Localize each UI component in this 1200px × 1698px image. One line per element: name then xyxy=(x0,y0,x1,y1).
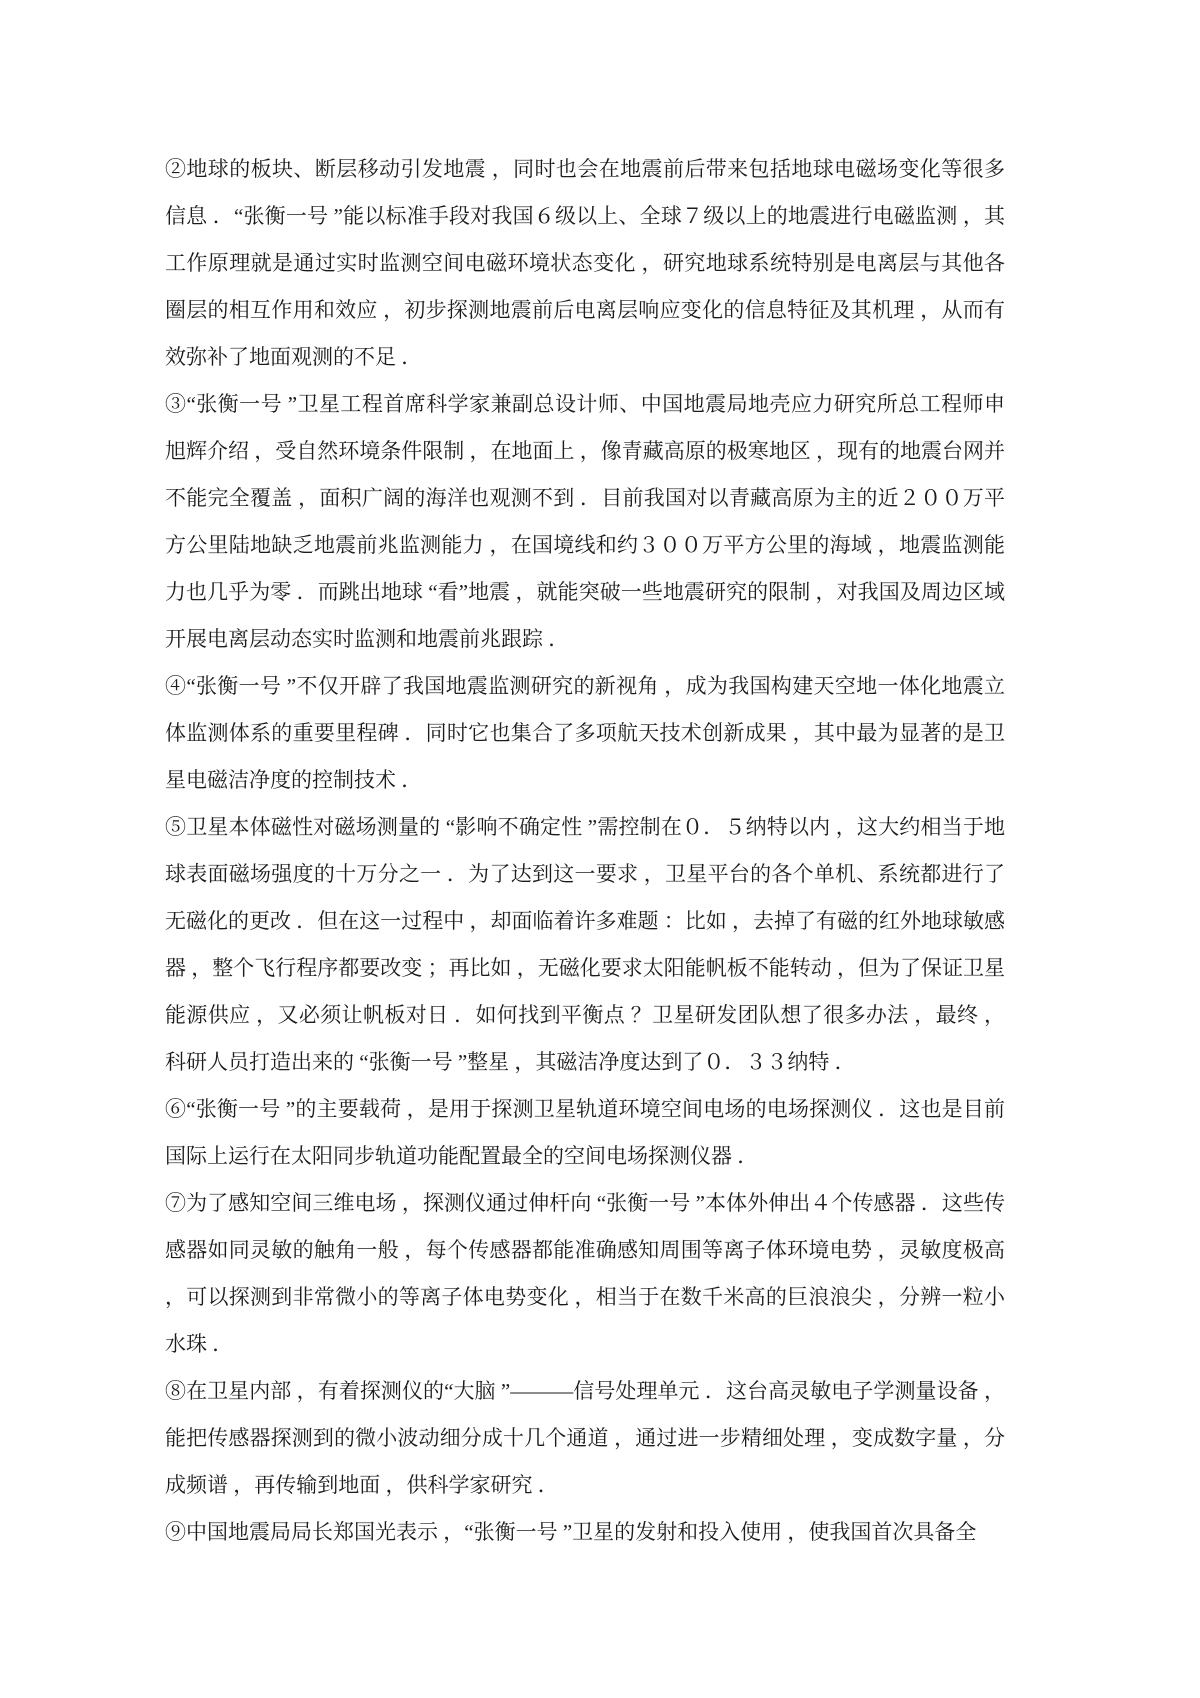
paragraph-9-marker: ⑨ xyxy=(165,1520,186,1544)
paragraph-4: ④“张衡一号 ”不仅开辟了我国地震监测研究的新视角 ，成为我国构建天空地一体化地… xyxy=(165,663,1005,804)
paragraph-7-marker: ⑦ xyxy=(165,1191,186,1215)
paragraph-2-marker: ② xyxy=(165,157,186,181)
paragraph-5-marker: ⑤ xyxy=(165,815,186,839)
paragraph-4-marker: ④ xyxy=(165,674,186,698)
paragraph-6-marker: ⑥ xyxy=(165,1097,186,1121)
paragraph-3-marker: ③ xyxy=(165,392,186,416)
paragraph-7: ⑦为了感知空间三维电场 ，探测仪通过伸杆向 “张衡一号 ”本体外伸出４个传感器 … xyxy=(165,1180,1005,1368)
paragraph-5-text: 卫星本体磁性对磁场测量的 “影响不确定性 ”需控制在０．５纳特以内 ，这大约相当… xyxy=(165,815,1005,1074)
paragraph-8-text: 在卫星内部 ，有着探测仪的“大脑 ”———信号处理单元 ．这台高灵敏电子学测量设… xyxy=(165,1379,1005,1497)
paragraph-4-text: “张衡一号 ”不仅开辟了我国地震监测研究的新视角 ，成为我国构建天空地一体化地震… xyxy=(165,674,1005,792)
paragraph-7-text: 为了感知空间三维电场 ，探测仪通过伸杆向 “张衡一号 ”本体外伸出４个传感器 ．… xyxy=(165,1191,1005,1356)
paragraph-8: ⑧在卫星内部 ，有着探测仪的“大脑 ”———信号处理单元 ．这台高灵敏电子学测量… xyxy=(165,1368,1005,1509)
paragraph-9-text: 中国地震局局长郑国光表示 ，“张衡一号 ”卫星的发射和投入使用 ，使我国首次具备… xyxy=(186,1520,976,1544)
paragraph-6: ⑥“张衡一号 ”的主要载荷 ，是用于探测卫星轨道环境空间电场的电场探测仪 ．这也… xyxy=(165,1086,1005,1180)
paragraph-3-text: “张衡一号 ”卫星工程首席科学家兼副总设计师、中国地震局地壳应力研究所总工程师申… xyxy=(165,392,1005,651)
document-page: ②地球的板块、断层移动引发地震 ，同时也会在地震前后带来包括地球电磁场变化等很多… xyxy=(0,0,1200,1698)
paragraph-8-marker: ⑧ xyxy=(165,1379,186,1403)
paragraph-5: ⑤卫星本体磁性对磁场测量的 “影响不确定性 ”需控制在０．５纳特以内 ，这大约相… xyxy=(165,804,1005,1086)
paragraph-6-text: “张衡一号 ”的主要载荷 ，是用于探测卫星轨道环境空间电场的电场探测仪 ．这也是… xyxy=(165,1097,1005,1168)
paragraph-2: ②地球的板块、断层移动引发地震 ，同时也会在地震前后带来包括地球电磁场变化等很多… xyxy=(165,146,1005,381)
paragraph-9: ⑨中国地震局局长郑国光表示 ，“张衡一号 ”卫星的发射和投入使用 ，使我国首次具… xyxy=(165,1509,1005,1556)
paragraph-3: ③“张衡一号 ”卫星工程首席科学家兼副总设计师、中国地震局地壳应力研究所总工程师… xyxy=(165,381,1005,663)
reading-passage: ②地球的板块、断层移动引发地震 ，同时也会在地震前后带来包括地球电磁场变化等很多… xyxy=(165,146,1005,1556)
paragraph-2-text: 地球的板块、断层移动引发地震 ，同时也会在地震前后带来包括地球电磁场变化等很多信… xyxy=(165,157,1005,369)
